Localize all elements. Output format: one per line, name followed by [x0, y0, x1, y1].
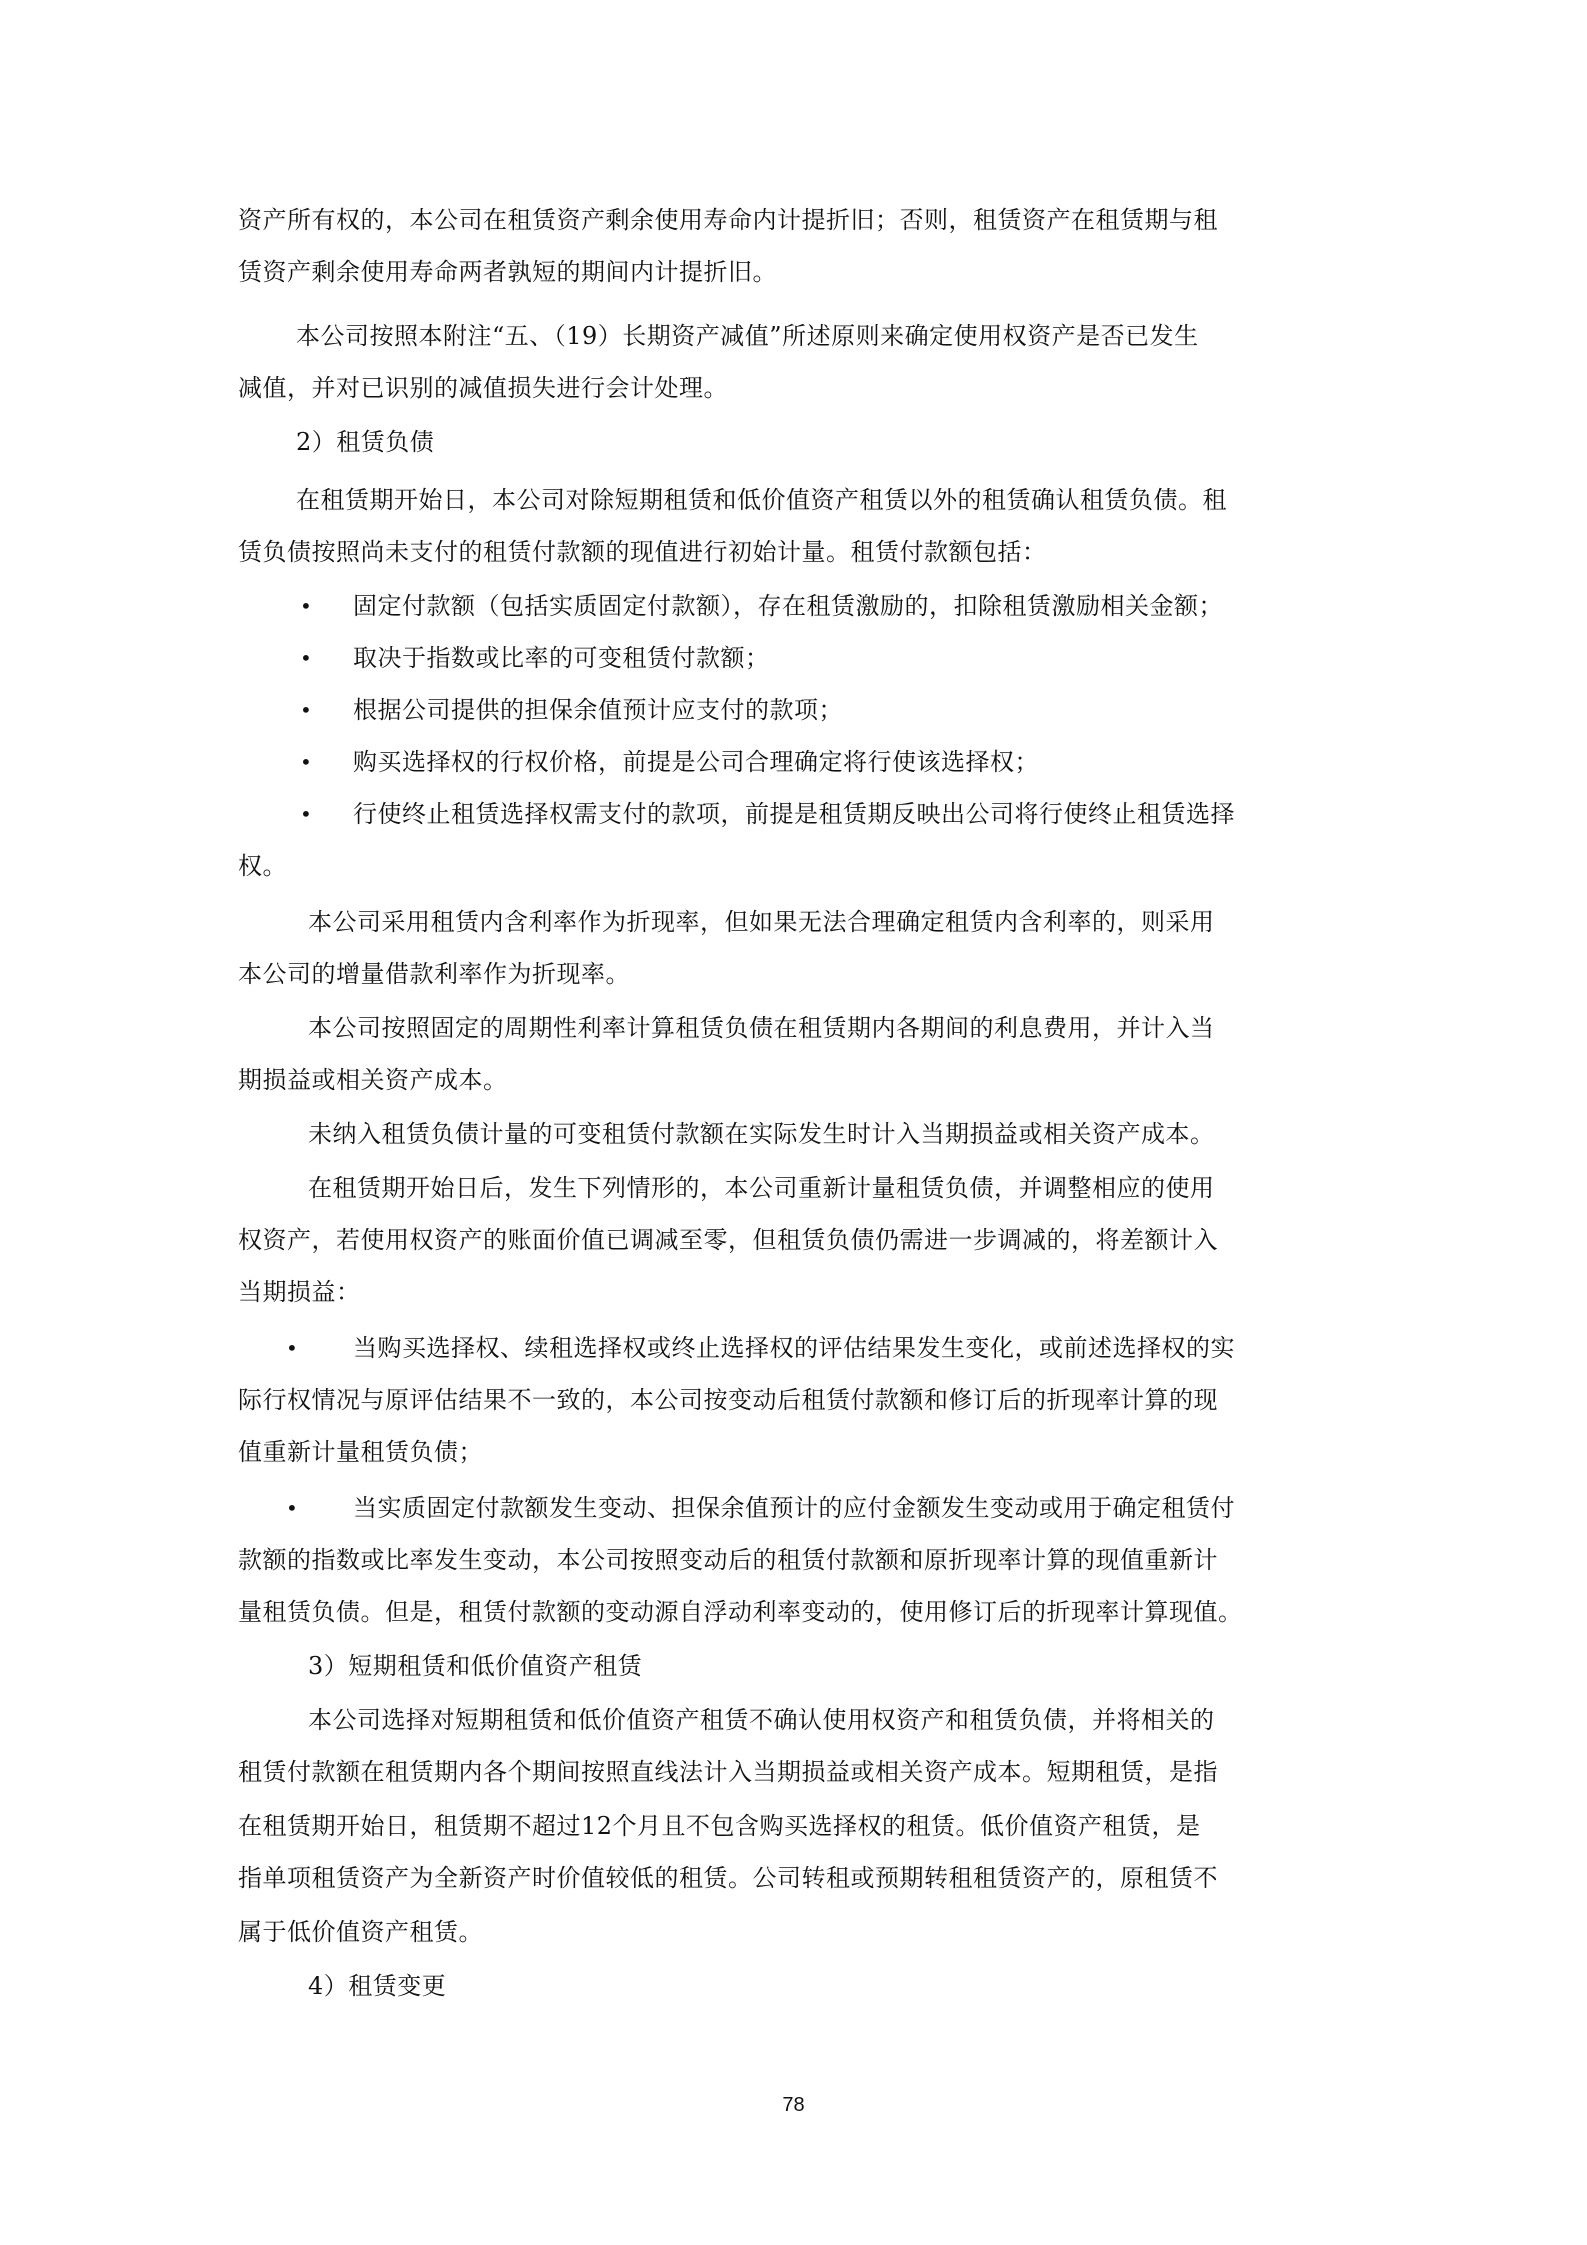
bullet-item-text: 固定付款额（包括实质固定付款额），存在租赁激励的，扣除租赁激励相关金额； [353, 586, 1223, 626]
text-line: 期损益或相关资产成本。 [238, 1060, 508, 1100]
text-line: 在租赁期开始日后，发生下列情形的，本公司重新计量租赁负债，并调整相应的使用 [308, 1168, 1215, 1208]
text-line: 指单项租赁资产为全新资产时价值较低的租赁。公司转租或预期转租租赁资产的，原租赁不 [238, 1858, 1218, 1898]
text-line: 值重新计量租赁负债； [238, 1432, 483, 1472]
text-line: 未纳入租赁负债计量的可变租赁付款额在实际发生时计入当期损益或相关资产成本。 [308, 1114, 1215, 1154]
bullet-icon: • [300, 742, 312, 782]
bullet-icon: • [300, 638, 312, 678]
text-line: 款额的指数或比率发生变动，本公司按照变动后的租赁付款额和原折现率计算的现值重新计 [238, 1540, 1218, 1580]
text-line: 在租赁期开始日，租赁期不超过12个月且不包含购买选择权的租赁。低价值资产租赁，是 [238, 1806, 1201, 1846]
text-line: 减值，并对已识别的减值损失进行会计处理。 [238, 368, 728, 408]
bullet-icon: • [300, 794, 312, 834]
text-line: 权。 [238, 846, 287, 886]
text-line: 赁负债按照尚未支付的租赁付款额的现值进行初始计量。租赁付款额包括： [238, 532, 1047, 572]
bullet-icon: • [286, 1328, 298, 1368]
text-line: 在租赁期开始日，本公司对除短期租赁和低价值资产租赁以外的租赁确认租赁负债。租 [296, 480, 1227, 520]
text-line: 本公司按照本附注“五、（19）长期资产减值”所述原则来确定使用权资产是否已发生 [296, 316, 1199, 356]
bullet-icon: • [300, 690, 312, 730]
bullet-item-text: 当实质固定付款额发生变动、担保余值预计的应付金额发生变动或用于确定租赁付 [353, 1488, 1235, 1528]
text-line: 际行权情况与原评估结果不一致的，本公司按变动后租赁付款额和修订后的折现率计算的现 [238, 1380, 1218, 1420]
bullet-item-text: 行使终止租赁选择权需支付的款项，前提是租赁期反映出公司将行使终止租赁选择 [353, 794, 1235, 834]
bullet-item-text: 购买选择权的行权价格，前提是公司合理确定将行使该选择权； [353, 742, 1039, 782]
text-line: 本公司按照固定的周期性利率计算租赁负债在租赁期内各期间的利息费用，并计入当 [308, 1008, 1215, 1048]
text-line: 租赁付款额在租赁期内各个期间按照直线法计入当期损益或相关资产成本。短期租赁，是指 [238, 1752, 1218, 1792]
bullet-icon: • [286, 1488, 298, 1528]
text-line: 2）租赁负债 [296, 422, 434, 462]
text-line: 当期损益： [238, 1272, 361, 1312]
bullet-item-text: 取决于指数或比率的可变租赁付款额； [353, 638, 770, 678]
text-line: 3）短期租赁和低价值资产租赁 [308, 1646, 642, 1686]
text-line: 属于低价值资产租赁。 [238, 1912, 483, 1952]
document-page: 资产所有权的，本公司在租赁资产剩余使用寿命内计提折旧；否则，租赁资产在租赁期与租… [0, 0, 1587, 2245]
page-number: 78 [0, 2094, 1587, 2117]
text-line: 赁资产剩余使用寿命两者孰短的期间内计提折旧。 [238, 252, 777, 292]
text-line: 量租赁负债。但是，租赁付款额的变动源自浮动利率变动的，使用修订后的折现率计算现值… [238, 1592, 1243, 1632]
bullet-icon: • [300, 586, 312, 626]
bullet-item-text: 根据公司提供的担保余值预计应支付的款项； [353, 690, 843, 730]
text-line: 本公司选择对短期租赁和低价值资产租赁不确认使用权资产和租赁负债，并将相关的 [308, 1700, 1215, 1740]
text-line: 本公司的增量借款利率作为折现率。 [238, 954, 630, 994]
text-line: 4）租赁变更 [308, 1966, 446, 2006]
text-line: 本公司采用租赁内含利率作为折现率，但如果无法合理确定租赁内含利率的，则采用 [308, 902, 1215, 942]
bullet-item-text: 当购买选择权、续租选择权或终止选择权的评估结果发生变化，或前述选择权的实 [353, 1328, 1235, 1368]
text-line: 权资产，若使用权资产的账面价值已调减至零，但租赁负债仍需进一步调减的，将差额计入 [238, 1220, 1218, 1260]
text-line: 资产所有权的，本公司在租赁资产剩余使用寿命内计提折旧；否则，租赁资产在租赁期与租 [238, 200, 1218, 240]
